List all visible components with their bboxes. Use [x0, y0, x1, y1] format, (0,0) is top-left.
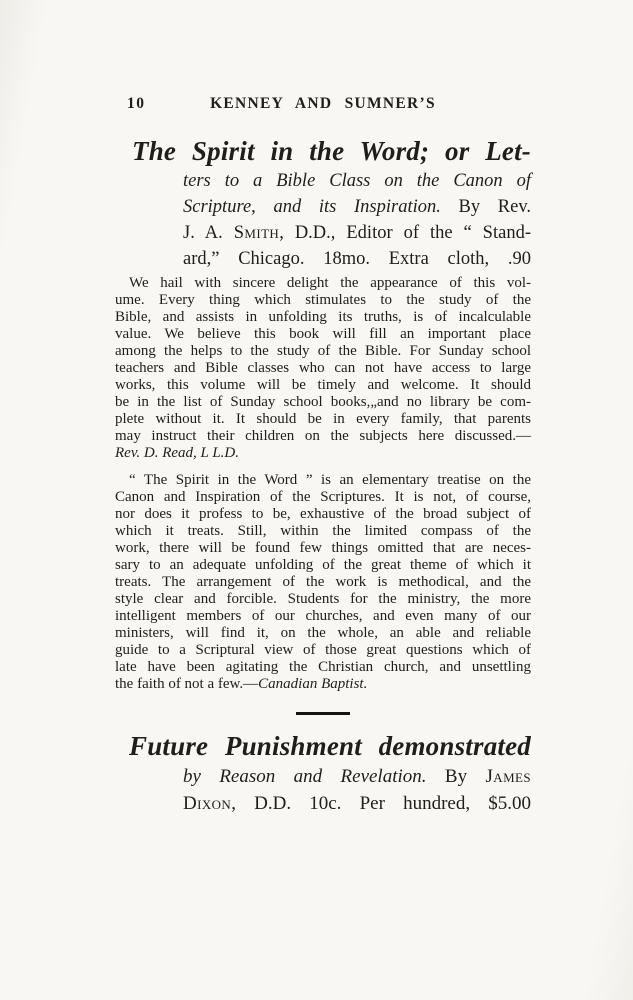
text-line: works, this volume will be timely and we… [115, 377, 531, 394]
text-line: which it treats. Still, within the limit… [115, 523, 531, 540]
text-line: ters to a Bible Class on the Canon of [183, 168, 531, 194]
book-title-future-punishment: Future Punishment demonstratedby Reason … [115, 730, 531, 817]
text-line: ume. Every thing which stimulates to the… [115, 292, 531, 309]
text-line: among the helps to the study of the Bibl… [115, 343, 531, 360]
text-line: plete without it. It should be in every … [115, 411, 531, 428]
publisher-header: KENNEY AND SUMNER’S [115, 95, 531, 113]
text-line: be in the list of Sunday school books,„a… [115, 394, 531, 411]
text-line: J. A. Smith, D.D., Editor of the “ Stand… [183, 220, 531, 246]
book-title-spirit-in-the-word: The Spirit in the Word; or Let-ters to a… [115, 135, 531, 272]
italic-text: by Reason and Revelation. [183, 766, 427, 787]
text-line: style clear and forcible. Students for t… [115, 591, 531, 608]
text-line: “ The Spirit in the Word ” is an element… [115, 472, 531, 489]
review-paragraph-canadian-baptist: “ The Spirit in the Word ” is an element… [115, 472, 531, 693]
italic-text: Scripture, and its Inspiration. [183, 197, 441, 217]
page-number: 10 [127, 95, 146, 113]
text-line: The Spirit in the Word; or Let- [132, 135, 531, 168]
scanned-book-page: 10 KENNEY AND SUMNER’S The Spirit in the… [0, 0, 633, 1000]
text-line: value. We believe this book will fill an… [115, 326, 531, 343]
small-caps-name: James [485, 766, 531, 787]
small-caps-name: Smith [234, 223, 280, 243]
text-line: may instruct their children on the subje… [115, 428, 531, 445]
text-line: work, there will be found few things omi… [115, 540, 531, 557]
running-header: 10 KENNEY AND SUMNER’S [115, 95, 531, 113]
text-line: ministers, will find it, on the whole, a… [115, 625, 531, 642]
text-line: Future Punishment demonstrated [129, 730, 531, 763]
text-line: late have been agitating the Christian c… [115, 659, 531, 676]
italic-text: ters to a Bible Class on the Canon of [183, 171, 531, 191]
text-line: Dixon, D.D. 10c. Per hundred, $5.00 [183, 790, 531, 817]
text-line: Scripture, and its Inspiration. By Rev. [183, 194, 531, 220]
small-caps-name: Dixon [183, 793, 231, 814]
text-line: Canon and Inspiration of the Scriptures.… [115, 489, 531, 506]
text-line: sary to an adequate unfolding of the gre… [115, 557, 531, 574]
text-line: intelligent members of our churches, and… [115, 608, 531, 625]
section-divider-rule [296, 712, 350, 715]
text-line: the faith of not a few.—Canadian Baptist… [115, 676, 531, 693]
italic-text: Rev. D. Read, L L.D. [115, 445, 239, 461]
text-line: treats. The arrangement of the work is m… [115, 574, 531, 591]
text-line: teachers and Bible classes who can not h… [115, 360, 531, 377]
text-line: by Reason and Revelation. By James [183, 763, 531, 790]
text-block: 10 KENNEY AND SUMNER’S The Spirit in the… [115, 95, 531, 817]
text-line: Rev. D. Read, L L.D. [115, 445, 531, 462]
text-line: We hail with sincere delight the appeara… [115, 275, 531, 292]
text-line: guide to a Scriptural view of those grea… [115, 642, 531, 659]
italic-text: Canadian Baptist. [258, 676, 367, 692]
text-line: Bible, and assists in unfolding its trut… [115, 309, 531, 326]
text-line: ard,” Chicago. 18mo. Extra cloth, .90 [183, 246, 531, 272]
text-line: nor does it profess to be, exhaustive of… [115, 506, 531, 523]
review-paragraph-read: We hail with sincere delight the appeara… [115, 275, 531, 462]
